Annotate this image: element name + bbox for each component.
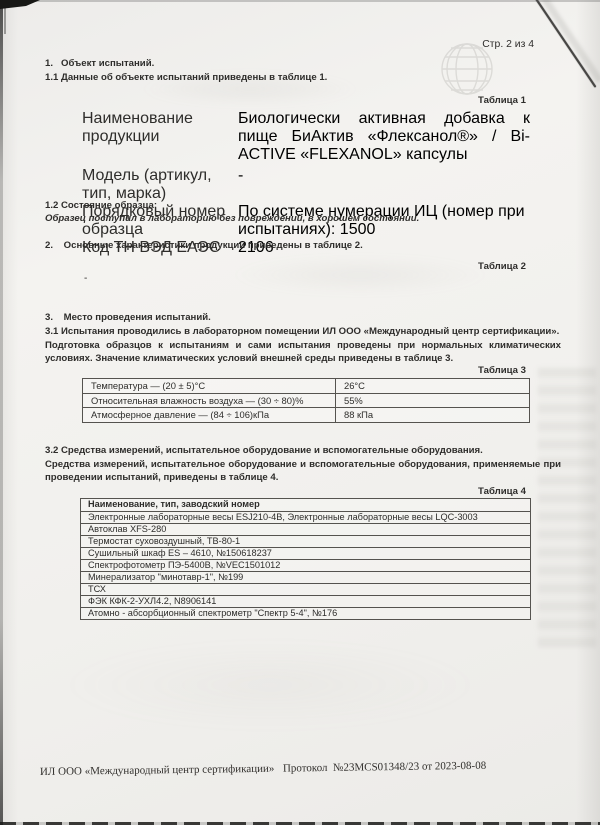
table3-value: 55%: [336, 394, 529, 408]
table2-caption: Таблица 2: [82, 260, 526, 274]
document-footer: ИЛ ООО «Международный центр сертификации…: [0, 758, 600, 786]
scanned-protocol-page: Стр. 2 из 4 1. Объект испытаний. 1.1 Дан…: [0, 0, 600, 825]
table3-row: Атмосферное давление — (84 ÷ 106)кПа 88 …: [83, 407, 529, 422]
section1-heading: 1. Объект испытаний.: [45, 57, 154, 71]
scan-smudge: [60, 640, 480, 730]
table3-climatic-conditions: Температура — (20 ± 5)°С 26°С Относитель…: [82, 378, 530, 423]
table4-row: Спектрофотометр ПЭ-5400В, №VEC1501012: [81, 559, 530, 571]
section32-heading: 3.2 Средства измерений, испытательное об…: [45, 444, 483, 458]
table3-row: Относительная влажность воздуха — (30 ÷ …: [83, 393, 529, 408]
page-corner-fold-shadow: [541, 0, 600, 83]
section3-paragraph-2: Подготовка образцов к испытаниям и сами …: [45, 339, 561, 366]
table4-row: Термостат суховоздушный, ТВ-80-1: [81, 535, 530, 547]
table1-caption: Таблица 1: [82, 94, 526, 108]
table4-equipment-list: Наименование, тип, заводский номер Элект…: [80, 498, 531, 620]
section3-paragraph-1: 3.1 Испытания проводились в лабораторном…: [45, 325, 559, 339]
sample-condition-text: Образец поступил в лабораторию без повре…: [45, 212, 419, 226]
bleed-through-smudge: [538, 368, 596, 648]
table4-caption: Таблица 4: [82, 485, 526, 499]
table3-parameter: Относительная влажность воздуха — (30 ÷ …: [83, 394, 336, 408]
table3-row: Температура — (20 ± 5)°С 26°С: [83, 379, 529, 393]
scan-edge-left: [0, 0, 3, 825]
table1-object-of-testing: Наименование продукции Биологически акти…: [82, 110, 530, 257]
section2-heading: 2. Основные характеристики продукции при…: [45, 239, 363, 253]
table4-row: ТСХ: [81, 583, 530, 595]
table2-placeholder: -: [84, 272, 87, 286]
table4-row: Сушильный шкаф ES – 4610, №150618237: [81, 547, 530, 559]
table4-row: Электронные лабораторные весы ESJ210-4B,…: [81, 511, 530, 523]
section3-heading: 3. Место проведения испытаний.: [45, 311, 211, 325]
page-indicator: Стр. 2 из 4: [400, 38, 534, 52]
sample-condition-heading: 1.2 Состояние образца:: [45, 199, 157, 213]
section32-paragraph: Средства измерений, испытательное оборуд…: [45, 458, 561, 485]
table1-row-label: Модель (артикул, тип, марка): [82, 167, 238, 203]
scan-edge-top: [0, 0, 600, 2]
table4-header: Наименование, тип, заводский номер: [81, 499, 530, 511]
table1-row-label: Наименование продукции: [82, 110, 238, 167]
footer-organization: ИЛ ООО «Международный центр сертификации…: [40, 763, 275, 778]
table3-parameter: Атмосферное давление — (84 ÷ 106)кПа: [83, 408, 336, 422]
table1-row-value: -: [238, 167, 530, 203]
footer-doc-number: №23MCS01348/23 от 2023-08-08: [333, 760, 486, 774]
table4-row: Минерализатор "минотавр-1", №199: [81, 571, 530, 583]
table3-value: 26°С: [336, 379, 529, 393]
table4-row: Атомно - абсорбционный спектрометр "Спек…: [81, 607, 530, 619]
scan-corner-artifact: [0, 0, 40, 10]
table1-row-value: Биологически активная добавка к пище БиА…: [238, 110, 530, 164]
table3-parameter: Температура — (20 ± 5)°С: [83, 379, 336, 393]
table3-value: 88 кПа: [336, 408, 529, 422]
page-corner-fold-line: [534, 0, 596, 88]
table4-row: ФЭК КФК-2-УХЛ4.2, N8906141: [81, 595, 530, 607]
section1-intro: 1.1 Данные об объекте испытаний приведен…: [45, 71, 327, 85]
table4-row: Автоклав XFS-280: [81, 523, 530, 535]
table3-caption: Таблица 3: [82, 364, 526, 378]
footer-doc-label: Протокол: [283, 762, 328, 775]
